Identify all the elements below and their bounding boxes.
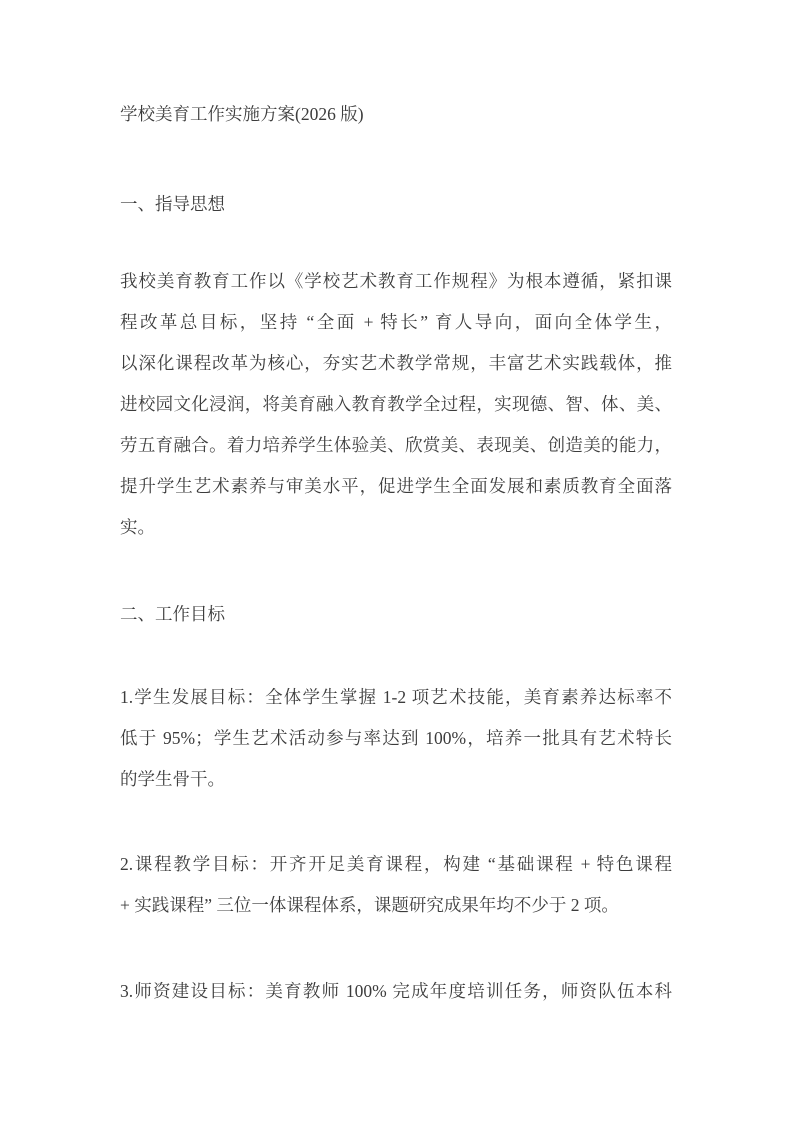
document-title: 学校美育工作实施方案(2026 版) [120,94,672,135]
paragraph-line: 以深化课程改革为核心，夯实艺术教学常规，丰富艺术实践载体，推 [120,343,672,384]
paragraph-curriculum-teaching-goal: 2.课程教学目标：开齐开足美育课程，构建 “基础课程 + 特色课程 + 实践课程… [120,844,672,926]
paragraph-line: 低于 95%；学生艺术活动参与率达到 100%，培养一批具有艺术特长 [120,718,672,759]
paragraph-line: 2.课程教学目标：开齐开足美育课程，构建 “基础课程 + 特色课程 [120,844,672,885]
paragraph-line: 劳五育融合。着力培养学生体验美、欣赏美、表现美、创造美的能力， [120,425,672,466]
heading-text: 一、指导思想 [120,184,672,225]
paragraph-line: 提升学生艺术素养与审美水平，促进学生全面发展和素质教育全面落 [120,466,672,507]
paragraph-line: 我校美育教育工作以《学校艺术教育工作规程》为根本遵循，紧扣课 [120,261,672,302]
paragraph-guiding-ideology: 我校美育教育工作以《学校艺术教育工作规程》为根本遵循，紧扣课 程改革总目标，坚持… [120,261,672,548]
title-block: 学校美育工作实施方案(2026 版) [120,94,672,135]
paragraph-line: 的学生骨干。 [120,759,672,800]
document-page: 学校美育工作实施方案(2026 版) 一、指导思想 我校美育教育工作以《学校艺术… [0,0,793,1122]
paragraph-line: 1.学生发展目标：全体学生掌握 1-2 项艺术技能，美育素养达标率不 [120,677,672,718]
paragraph-line: 进校园文化浸润，将美育融入教育教学全过程，实现德、智、体、美、 [120,384,672,425]
section-heading-guiding-ideology: 一、指导思想 [120,184,672,225]
paragraph-line: 程改革总目标，坚持 “全面 + 特长” 育人导向，面向全体学生， [120,302,672,343]
section-heading-work-goals: 二、工作目标 [120,594,672,635]
paragraph-line: 实。 [120,507,672,548]
paragraph-student-development-goal: 1.学生发展目标：全体学生掌握 1-2 项艺术技能，美育素养达标率不 低于 95… [120,677,672,800]
paragraph-line: 3.师资建设目标：美育教师 100% 完成年度培训任务，师资队伍本科 [120,971,672,1012]
heading-text: 二、工作目标 [120,594,672,635]
paragraph-teacher-building-goal: 3.师资建设目标：美育教师 100% 完成年度培训任务，师资队伍本科 [120,971,672,1012]
paragraph-line: + 实践课程” 三位一体课程体系，课题研究成果年均不少于 2 项。 [120,885,672,926]
